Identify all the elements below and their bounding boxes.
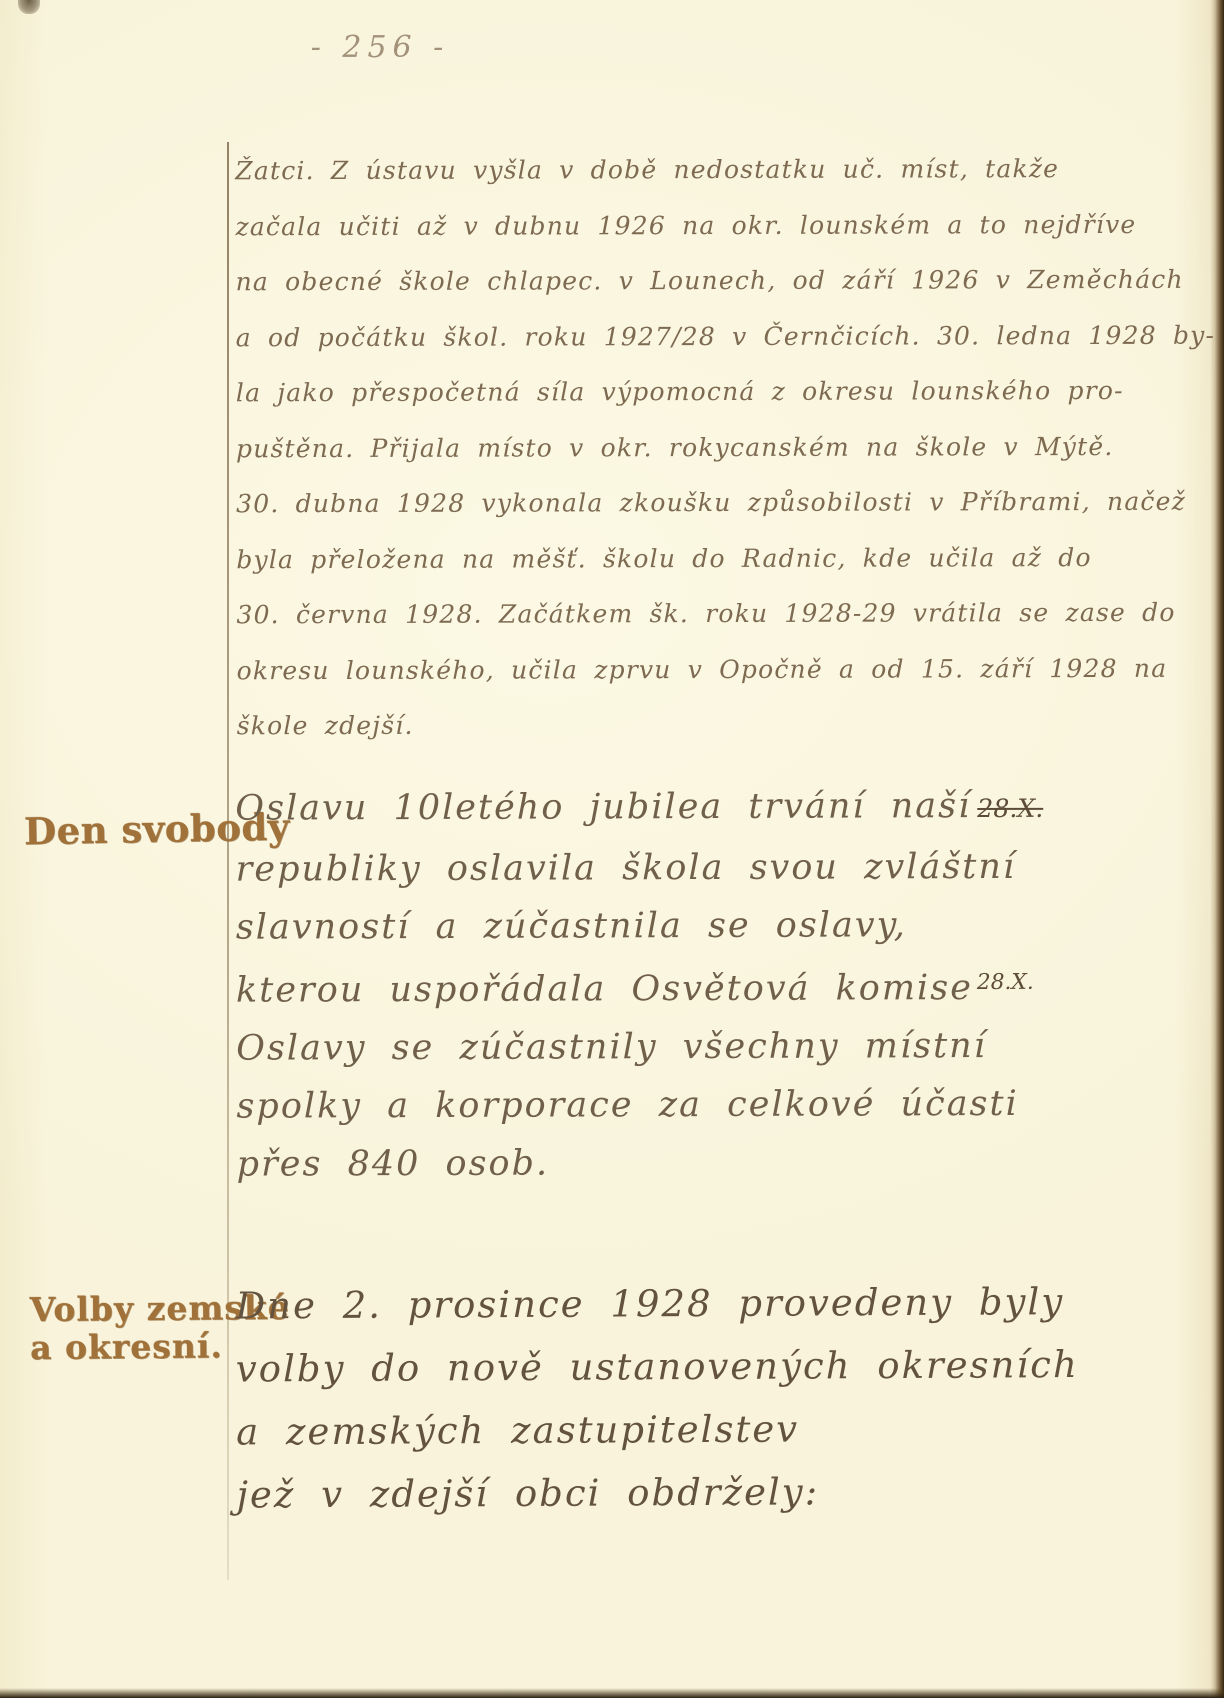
handwritten-line: spolky a korporace za celkové účasti — [236, 1074, 1176, 1135]
handwritten-line: republiky oslavila škola svou zvláštní — [235, 837, 1175, 898]
handwritten-line: a zemských zastupitelstev — [236, 1396, 1176, 1464]
page-binding-edge-right — [1210, 0, 1224, 1698]
page-edge-bottom — [0, 1688, 1224, 1698]
corner-ink-mark — [18, 0, 40, 14]
handwritten-line: škole zdejší. — [237, 696, 1197, 754]
handwritten-line: slavností a zúčastnila se oslavy, — [236, 895, 1176, 956]
handwritten-line: byla přeložena na měšť. školu do Radnic,… — [236, 529, 1196, 587]
paragraph-zatci-continuation: Žatci. Z ústavu vyšla v době nedostatku … — [235, 141, 1197, 754]
handwritten-line: Žatci. Z ústavu vyšla v době nedostatku … — [235, 141, 1195, 199]
line-text: kterou uspořádala Osvětová komise — [236, 968, 973, 1011]
handwritten-line: 30. dubna 1928 vykonala zkoušku způsobil… — [236, 474, 1196, 532]
inserted-date-note: 28.X. — [977, 970, 1034, 995]
handwritten-line: Oslavy se zúčastnily všechny místní — [236, 1016, 1176, 1077]
handwritten-line: přes 840 osob. — [237, 1132, 1177, 1193]
handwritten-line: 30. června 1928. Začátkem šk. roku 1928-… — [236, 585, 1196, 643]
line-text: Oslavu 10letého jubilea trvání naší — [235, 786, 971, 829]
handwritten-line: jež v zdejší obci obdržely: — [236, 1459, 1176, 1527]
handwritten-line: na obecné škole chlapec. v Lounech, od z… — [235, 252, 1195, 310]
handwritten-line: a od počátku škol. roku 1927/28 v Černči… — [236, 307, 1196, 365]
handwritten-line: Oslavu 10letého jubilea trvání naší28.X. — [235, 776, 1175, 840]
paragraph-den-svobody: Oslavu 10letého jubilea trvání naší28.X.… — [235, 776, 1176, 1193]
crossed-out-date-note: 28.X. — [977, 794, 1043, 823]
handwritten-line: začala učiti až v dubnu 1926 na okr. lou… — [235, 196, 1195, 254]
page-number: - 256 - — [0, 30, 760, 65]
handwritten-line: puštěna. Přijala místo v okr. rokycanské… — [236, 418, 1196, 476]
paragraph-volby: Dne 2. prosince 1928 provedeny byly volb… — [235, 1270, 1176, 1527]
handwritten-line: okresu lounského, učila zprvu v Opočně a… — [237, 640, 1197, 698]
handwritten-line: Dne 2. prosince 1928 provedeny byly — [235, 1270, 1175, 1338]
handwritten-line: kterou uspořádala Osvětová komise28.X. — [236, 953, 1176, 1019]
manuscript-page: - 256 - Žatci. Z ústavu vyšla v době ned… — [0, 0, 1224, 1698]
handwritten-line: volby do nově ustanovených okresních — [236, 1333, 1176, 1401]
handwritten-line: la jako přespočetná síla výpomocná z okr… — [236, 363, 1196, 421]
